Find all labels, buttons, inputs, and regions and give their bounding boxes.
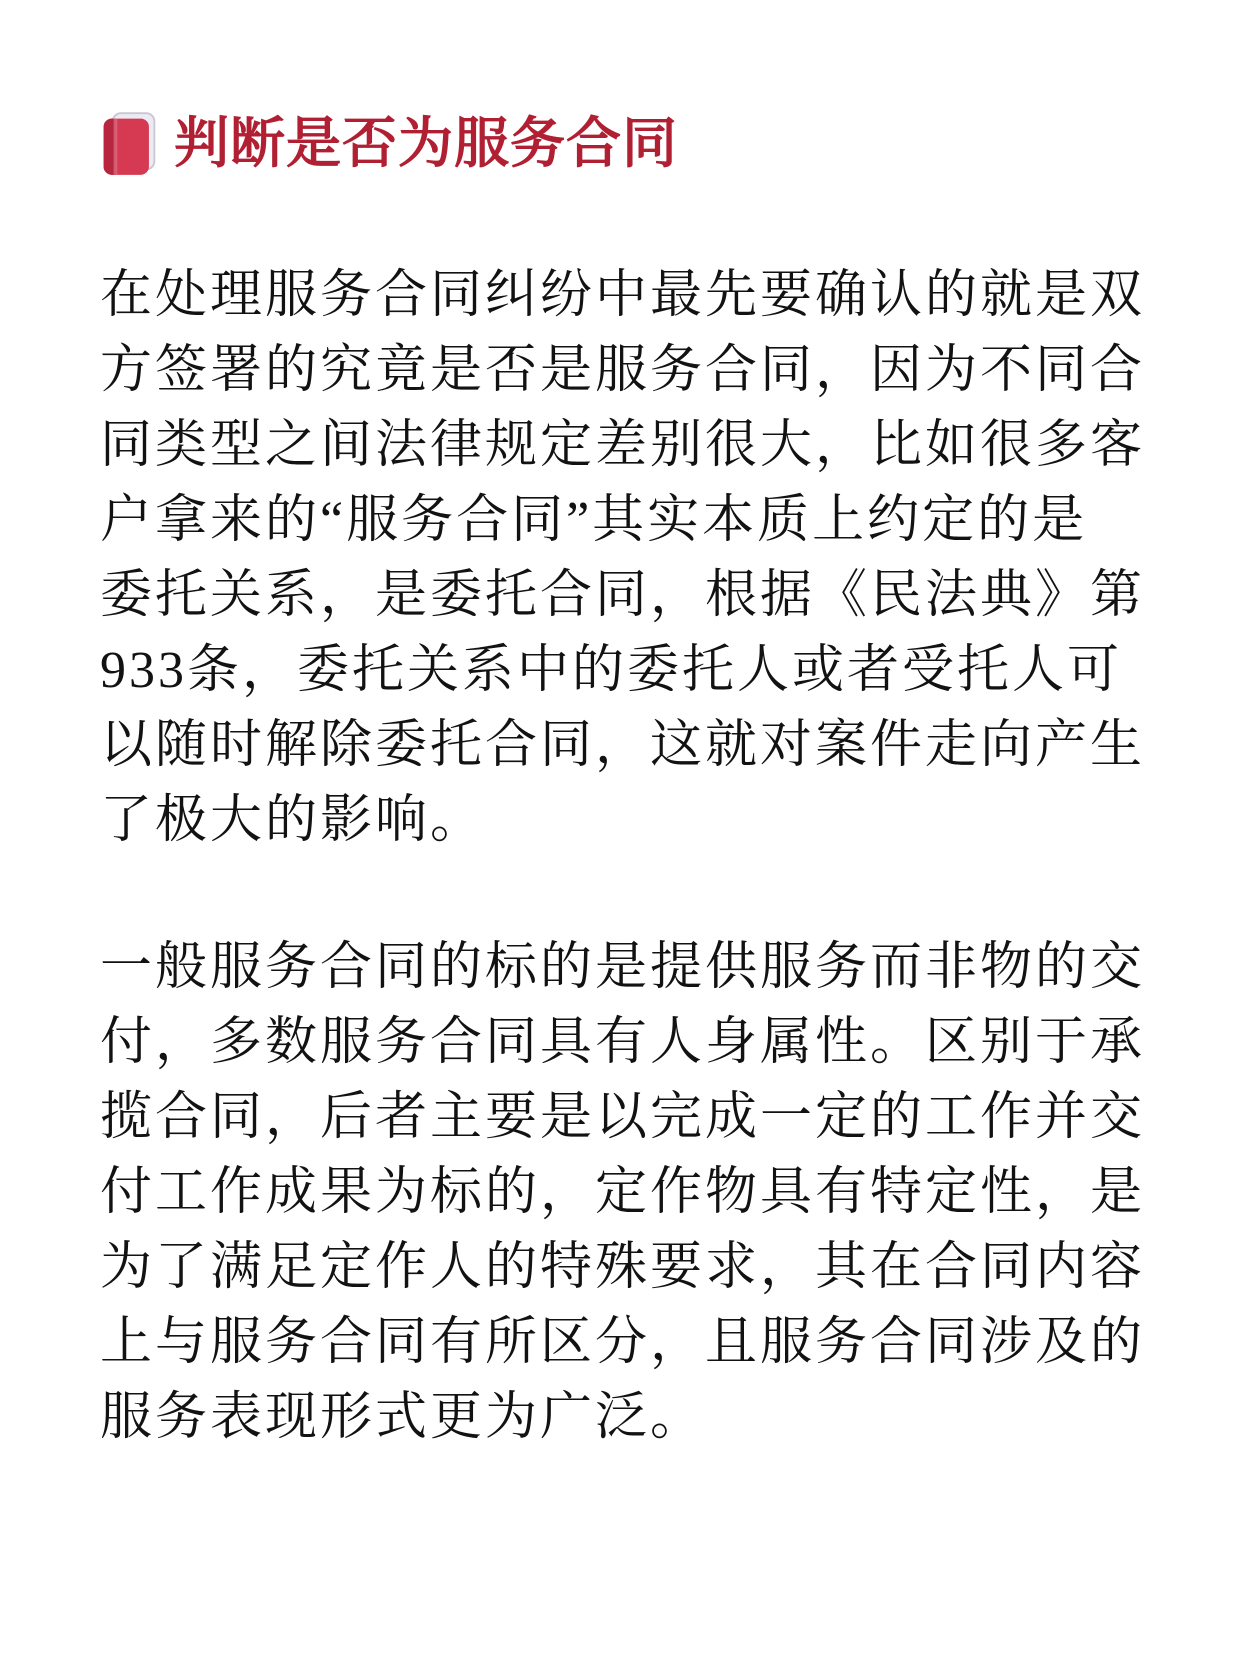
text-line: 在处理服务合同纠纷中最先要确认的就是双: [100, 258, 1145, 333]
text-line: 户拿来的“服务合同”其实本质上约定的是: [100, 483, 1145, 558]
text-line: 付工作成果为标的，定作物具有特定性，是: [100, 1155, 1145, 1230]
text-line: 上与服务合同有所区分，且服务合同涉及的: [100, 1305, 1145, 1380]
text-line: 同类型之间法律规定差别很大，比如很多客: [100, 408, 1145, 483]
paragraph-1: 在处理服务合同纠纷中最先要确认的就是双 方签署的究竟是否是服务合同，因为不同合 …: [100, 258, 1145, 858]
text-line: 揽合同，后者主要是以完成一定的工作并交: [100, 1080, 1145, 1155]
article-page: 判断是否为服务合同 在处理服务合同纠纷中最先要确认的就是双 方签署的究竟是否是服…: [0, 0, 1245, 1660]
text-line: 委托关系，是委托合同，根据《民法典》第: [100, 558, 1145, 633]
text-line: 一般服务合同的标的是提供服务而非物的交: [100, 930, 1145, 1005]
text-line: 933条，委托关系中的委托人或者受托人可: [100, 633, 1145, 708]
text-line: 服务表现形式更为广泛。: [100, 1380, 1145, 1455]
text-line: 方签署的究竟是否是服务合同，因为不同合: [100, 333, 1145, 408]
text-line: 为了满足定作人的特殊要求，其在合同内容: [100, 1230, 1145, 1305]
red-book-icon: [100, 109, 158, 179]
text-line: 了极大的影响。: [100, 783, 1145, 858]
page-header: 判断是否为服务合同: [100, 108, 1145, 180]
article-body: 在处理服务合同纠纷中最先要确认的就是双 方签署的究竟是否是服务合同，因为不同合 …: [100, 258, 1145, 1455]
text-line: 付，多数服务合同具有人身属性。区别于承: [100, 1005, 1145, 1080]
page-title: 判断是否为服务合同: [174, 108, 678, 180]
paragraph-2: 一般服务合同的标的是提供服务而非物的交 付，多数服务合同具有人身属性。区别于承 …: [100, 930, 1145, 1455]
text-line: 以随时解除委托合同，这就对案件走向产生: [100, 708, 1145, 783]
